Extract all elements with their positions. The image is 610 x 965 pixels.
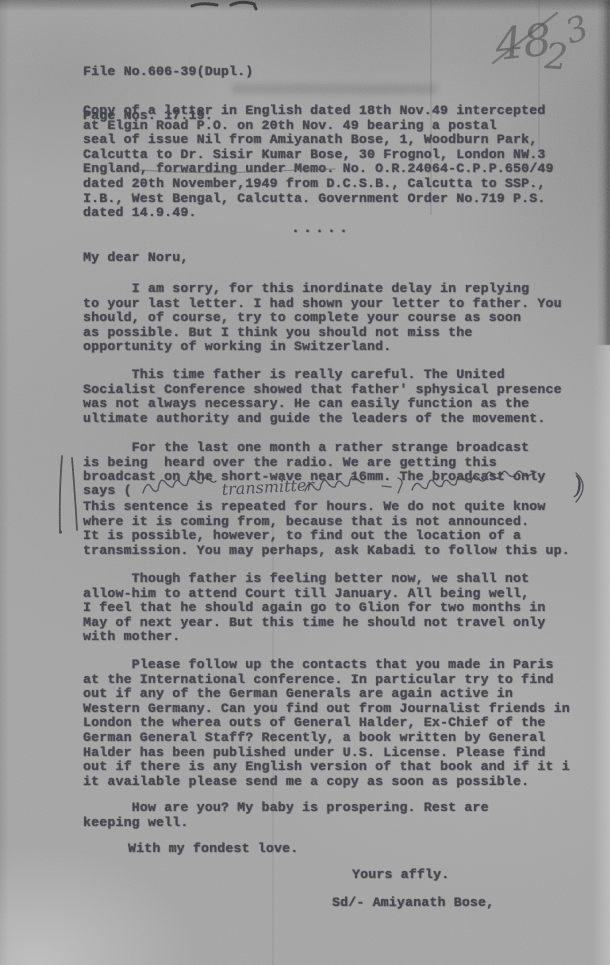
typed-line: was not always necessary. He can easily … — [83, 397, 562, 412]
typed-line: seal of issue Nil from Amiyanath Bose, 1… — [83, 133, 554, 148]
typed-line: opportunity of working in Switzerland. — [83, 340, 562, 355]
corner-digit: 2 — [542, 36, 569, 79]
typed-line: broadcast on the short-wave near 16mm. T… — [83, 470, 546, 485]
strikethrough-mark — [493, 13, 557, 63]
typed-line: England, forwarding under Memo. No. O.R.… — [83, 162, 554, 177]
margin-double-tick — [59, 456, 77, 534]
typed-line: Though father is feeling better now, we … — [83, 572, 546, 587]
typed-line: May of next year. But this time he shoul… — [83, 616, 546, 631]
typed-line: where it is coming from, because that is… — [83, 515, 570, 530]
typed-line: at Elgin Road P.O. on 20th Nov. 49 beari… — [83, 119, 554, 134]
typed-line: Western Germany. Can you find out from J… — [83, 702, 570, 717]
paragraph-father-health: Though father is feeling better now, we … — [83, 572, 546, 645]
file-number-line: File No.606-39(Dupl.) — [83, 65, 253, 80]
typed-line: dated 14.9.49. — [83, 206, 554, 221]
scanned-letter-page: File No.606-39(Dupl.) Page Nos. 17.19. C… — [0, 0, 610, 965]
typed-line: is being heard over the radio. We are ge… — [83, 456, 546, 471]
interception-header: Copy of a letter in English dated 18th N… — [83, 104, 554, 221]
typed-line: keeping well. — [83, 816, 489, 831]
paragraph-family-news: How are you? My baby is prospering. Rest… — [83, 801, 489, 830]
typed-line: out if any of the German Generals are ag… — [83, 687, 570, 702]
typed-line: allow-him to attend Court till January. … — [83, 587, 546, 602]
typed-line: I.B., West Bengal, Calcutta. Government … — [83, 192, 554, 207]
typed-line: Calcutta to Dr. Sisir Kumar Bose, 30 Fro… — [83, 148, 554, 163]
paragraph-broadcast-1: For the last one month a rather strange … — [83, 441, 546, 485]
paragraph-apology: I am sorry, for this inordinate delay in… — [83, 282, 562, 355]
paragraph-father-conference: This time father is really careful. The … — [83, 368, 562, 426]
typed-line: I feel that he should again go to Glion … — [83, 601, 546, 616]
typed-line: London the wherea outs of General Halder… — [83, 716, 570, 731]
typed-line: it available please send me a copy as so… — [83, 775, 570, 790]
ink-smudge-band — [232, 84, 437, 94]
typed-line: as possible. But I think you should not … — [83, 326, 562, 341]
typed-line: should, of course, try to complete your … — [83, 311, 562, 326]
typed-line: ultimate authority and guide the leaders… — [83, 412, 562, 427]
typed-line: Socialist Conference showed that father'… — [83, 383, 562, 398]
typed-line: dated 20th November,1949 from D.C.S.B., … — [83, 177, 554, 192]
typed-line: Please follow up the contacts that you m… — [83, 658, 570, 673]
paragraph-broadcast-2: This sentence is repeated for hours. We … — [83, 500, 570, 558]
typed-line: It is possible, however, to find out the… — [83, 529, 570, 544]
right-edge-shadow — [597, 0, 610, 345]
salutation: My dear Noru, — [83, 251, 188, 266]
typed-line: This sentence is repeated for hours. We … — [83, 500, 570, 515]
closing-yours-affly: Yours affly. — [352, 868, 449, 883]
corner-page-number: 48 2 3 — [492, 8, 594, 79]
corner-digit: 48 — [492, 14, 554, 71]
typed-line: I am sorry, for this inordinate delay in… — [83, 282, 562, 297]
typed-line: with mother. — [83, 630, 546, 645]
right-edge-highlight — [593, 345, 610, 965]
typed-line: to your last letter. I had shown your le… — [83, 297, 562, 312]
typed-line: This time father is really careful. The … — [83, 368, 562, 383]
closing-love: With my fondest love. — [128, 842, 298, 857]
typed-line: transmission. You may perhaps, ask Kabad… — [83, 544, 570, 559]
typed-line: For the last one month a rather strange … — [83, 441, 546, 456]
dots-separator: ..... — [291, 222, 351, 237]
signature-line: Sd/- Amiyanath Bose, — [332, 896, 494, 911]
typed-line: German General Staff? Recently, a book w… — [83, 731, 570, 746]
typed-line: at the International conference. In part… — [83, 673, 570, 688]
broadcast-says-line: says ( — [83, 484, 132, 499]
handwritten-close-paren: ) — [572, 471, 585, 501]
typed-line: Copy of a letter in English dated 18th N… — [83, 104, 554, 119]
typed-line: Halder has been published under U.S. Lic… — [83, 746, 570, 761]
typed-line: out if there is any English version of t… — [83, 760, 570, 775]
typed-line: How are you? My baby is prospering. Rest… — [83, 801, 489, 816]
corner-digit: 3 — [560, 8, 593, 53]
top-edge-ink-marks — [192, 2, 256, 9]
paragraph-paris-contacts: Please follow up the contacts that you m… — [83, 658, 570, 789]
